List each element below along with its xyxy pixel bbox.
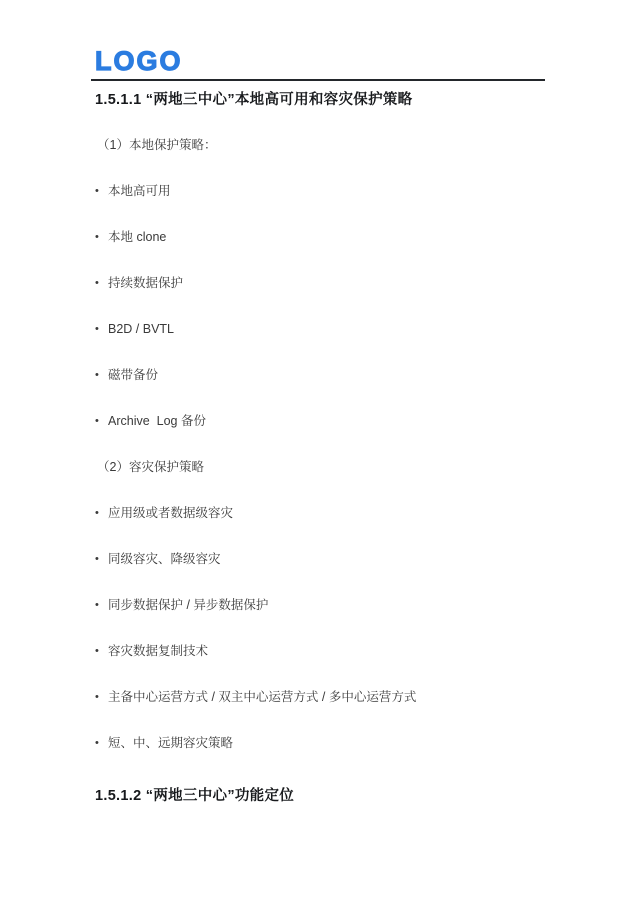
bullet-icon: •	[95, 598, 108, 612]
item-text: （2）容灾保护策略	[97, 460, 204, 474]
numbered-item: （1）本地保护策略：	[95, 138, 547, 152]
bullet-icon: •	[95, 368, 108, 382]
document-content: LOGO 1.5.1.1 “两地三中心”本地高可用和容灾保护策略 （1）本地保护…	[95, 46, 547, 804]
bullet-icon: •	[95, 276, 108, 290]
bullet-item: •同步数据保护 / 异步数据保护	[95, 598, 547, 612]
bullet-item: •容灾数据复制技术	[95, 644, 547, 658]
bullet-item: •应用级或者数据级容灾	[95, 506, 547, 520]
item-text: B2D / BVTL	[108, 322, 174, 336]
bullet-item: •持续数据保护	[95, 276, 547, 290]
bullet-icon: •	[95, 414, 108, 428]
company-logo: LOGO	[95, 46, 547, 76]
bullet-icon: •	[95, 552, 108, 566]
bullet-item: •同级容灾、降级容灾	[95, 552, 547, 566]
bullet-icon: •	[95, 736, 108, 750]
item-text: 本地高可用	[108, 184, 171, 198]
bullet-item: •本地 clone	[95, 230, 547, 244]
item-text: 本地 clone	[108, 230, 166, 244]
bullet-item: •磁带备份	[95, 368, 547, 382]
item-text: 应用级或者数据级容灾	[108, 506, 233, 520]
item-text: 容灾数据复制技术	[108, 644, 208, 658]
bullet-item: •本地高可用	[95, 184, 547, 198]
bullet-icon: •	[95, 230, 108, 244]
item-text: 同步数据保护 / 异步数据保护	[108, 598, 268, 612]
item-text: 磁带备份	[108, 368, 158, 382]
header-rule	[91, 79, 545, 81]
bullet-item: •主备中心运营方式 / 双主中心运营方式 / 多中心运营方式	[95, 690, 547, 704]
bullet-icon: •	[95, 690, 108, 704]
bullet-icon: •	[95, 506, 108, 520]
item-text: 持续数据保护	[108, 276, 183, 290]
item-text: （1）本地保护策略：	[97, 138, 216, 152]
bullet-item: •Archive Log 备份	[95, 414, 547, 428]
document-page: LOGO 1.5.1.1 “两地三中心”本地高可用和容灾保护策略 （1）本地保护…	[0, 0, 640, 906]
section-heading-1512: 1.5.1.2 “两地三中心”功能定位	[95, 788, 547, 804]
bullet-icon: •	[95, 322, 108, 336]
item-text: 主备中心运营方式 / 双主中心运营方式 / 多中心运营方式	[108, 690, 416, 704]
bullet-item: •B2D / BVTL	[95, 322, 547, 336]
bullet-icon: •	[95, 644, 108, 658]
item-text: Archive Log 备份	[108, 414, 206, 428]
bullet-icon: •	[95, 184, 108, 198]
numbered-item: （2）容灾保护策略	[95, 460, 547, 474]
item-text: 同级容灾、降级容灾	[108, 552, 221, 566]
items-list: （1）本地保护策略：•本地高可用•本地 clone•持续数据保护•B2D / B…	[95, 138, 547, 750]
section-heading-1511: 1.5.1.1 “两地三中心”本地高可用和容灾保护策略	[95, 92, 547, 108]
bullet-item: •短、中、远期容灾策略	[95, 736, 547, 750]
item-text: 短、中、远期容灾策略	[108, 736, 233, 750]
